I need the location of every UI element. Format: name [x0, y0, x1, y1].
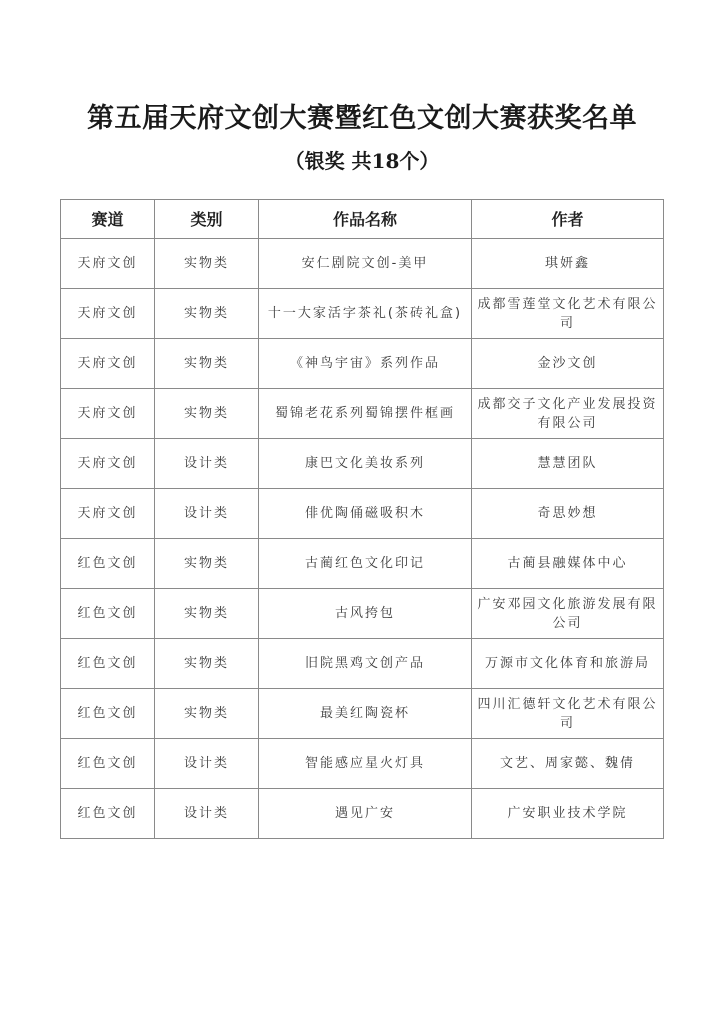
table-row: 红色文创实物类最美红陶瓷杯四川汇德轩文化艺术有限公司: [61, 689, 664, 739]
cell-category: 实物类: [155, 539, 259, 589]
cell-author: 金沙文创: [472, 339, 664, 389]
cell-work-name: 安仁剧院文创-美甲: [259, 239, 472, 289]
table-row: 红色文创实物类旧院黑鸡文创产品万源市文化体育和旅游局: [61, 639, 664, 689]
table-header-row: 赛道 类别 作品名称 作者: [61, 200, 664, 239]
header-track: 赛道: [61, 200, 155, 239]
cell-work-name: 旧院黑鸡文创产品: [259, 639, 472, 689]
cell-category: 实物类: [155, 339, 259, 389]
cell-author: 琪妍鑫: [472, 239, 664, 289]
header-author: 作者: [472, 200, 664, 239]
cell-track: 红色文创: [61, 689, 155, 739]
table-row: 天府文创设计类俳优陶俑磁吸积木奇思妙想: [61, 489, 664, 539]
cell-author: 文艺、周家懿、魏倩: [472, 739, 664, 789]
cell-track: 红色文创: [61, 739, 155, 789]
header-work-name: 作品名称: [259, 200, 472, 239]
cell-category: 实物类: [155, 389, 259, 439]
table-row: 天府文创实物类安仁剧院文创-美甲琪妍鑫: [61, 239, 664, 289]
cell-author: 成都交子文化产业发展投资有限公司: [472, 389, 664, 439]
table-row: 红色文创实物类古风挎包广安邓园文化旅游发展有限公司: [61, 589, 664, 639]
cell-work-name: 古风挎包: [259, 589, 472, 639]
cell-work-name: 古蔺红色文化印记: [259, 539, 472, 589]
table-row: 天府文创实物类蜀锦老花系列蜀锦摆件框画成都交子文化产业发展投资有限公司: [61, 389, 664, 439]
cell-category: 设计类: [155, 789, 259, 839]
cell-track: 天府文创: [61, 289, 155, 339]
table-row: 天府文创设计类康巴文化美妆系列慧慧团队: [61, 439, 664, 489]
cell-track: 天府文创: [61, 339, 155, 389]
cell-work-name: 智能感应星火灯具: [259, 739, 472, 789]
cell-track: 天府文创: [61, 439, 155, 489]
cell-track: 天府文创: [61, 389, 155, 439]
table-body: 天府文创实物类安仁剧院文创-美甲琪妍鑫天府文创实物类十一大家活字茶礼(茶砖礼盒)…: [61, 239, 664, 839]
table-row: 天府文创实物类十一大家活字茶礼(茶砖礼盒)成都雪莲堂文化艺术有限公司: [61, 289, 664, 339]
cell-work-name: 蜀锦老花系列蜀锦摆件框画: [259, 389, 472, 439]
cell-work-name: 十一大家活字茶礼(茶砖礼盒): [259, 289, 472, 339]
cell-work-name: 《神鸟宇宙》系列作品: [259, 339, 472, 389]
cell-author: 古蔺县融媒体中心: [472, 539, 664, 589]
cell-track: 红色文创: [61, 789, 155, 839]
cell-track: 天府文创: [61, 489, 155, 539]
cell-category: 实物类: [155, 639, 259, 689]
cell-work-name: 最美红陶瓷杯: [259, 689, 472, 739]
cell-category: 实物类: [155, 589, 259, 639]
cell-category: 实物类: [155, 289, 259, 339]
cell-track: 天府文创: [61, 239, 155, 289]
cell-category: 设计类: [155, 489, 259, 539]
cell-work-name: 遇见广安: [259, 789, 472, 839]
cell-category: 实物类: [155, 689, 259, 739]
cell-author: 成都雪莲堂文化艺术有限公司: [472, 289, 664, 339]
cell-track: 红色文创: [61, 539, 155, 589]
cell-author: 四川汇德轩文化艺术有限公司: [472, 689, 664, 739]
cell-category: 设计类: [155, 739, 259, 789]
table-row: 天府文创实物类《神鸟宇宙》系列作品金沙文创: [61, 339, 664, 389]
document-subtitle: （银奖 共18个）: [0, 145, 724, 174]
cell-author: 奇思妙想: [472, 489, 664, 539]
cell-work-name: 康巴文化美妆系列: [259, 439, 472, 489]
cell-category: 设计类: [155, 439, 259, 489]
cell-track: 红色文创: [61, 589, 155, 639]
cell-author: 广安职业技术学院: [472, 789, 664, 839]
awards-table: 赛道 类别 作品名称 作者 天府文创实物类安仁剧院文创-美甲琪妍鑫天府文创实物类…: [60, 199, 664, 839]
cell-category: 实物类: [155, 239, 259, 289]
cell-work-name: 俳优陶俑磁吸积木: [259, 489, 472, 539]
header-category: 类别: [155, 200, 259, 239]
cell-author: 广安邓园文化旅游发展有限公司: [472, 589, 664, 639]
document-title: 第五届天府文创大赛暨红色文创大赛获奖名单: [0, 96, 724, 135]
cell-author: 万源市文化体育和旅游局: [472, 639, 664, 689]
table-row: 红色文创实物类古蔺红色文化印记古蔺县融媒体中心: [61, 539, 664, 589]
table-row: 红色文创设计类智能感应星火灯具文艺、周家懿、魏倩: [61, 739, 664, 789]
cell-author: 慧慧团队: [472, 439, 664, 489]
table-row: 红色文创设计类遇见广安广安职业技术学院: [61, 789, 664, 839]
cell-track: 红色文创: [61, 639, 155, 689]
